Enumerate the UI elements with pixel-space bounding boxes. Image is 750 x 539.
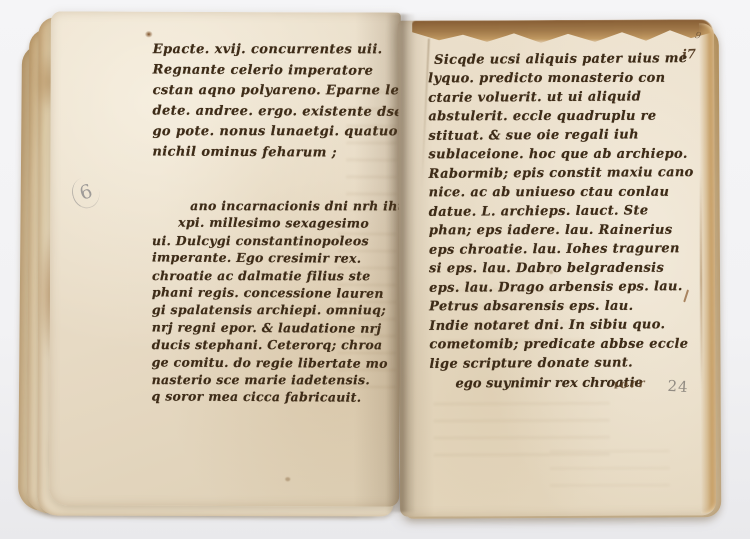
show-through-text	[434, 402, 610, 465]
text-line: lyquo. predicto monasterio con	[428, 69, 680, 89]
text-line: dete. andree. ergo. existente dse	[152, 101, 398, 123]
book-gutter	[386, 14, 416, 512]
text-line: cometomib; predicate abbse eccle	[429, 335, 681, 355]
text-line: nasterio sce marie iadetensis.	[152, 371, 402, 389]
text-line: xpi. millesimo sexagesimo	[178, 214, 402, 233]
left-page: 6 Epacte. xvij. concurrentes uii.Regnant…	[49, 11, 401, 506]
text-line: Petrus absarensis eps. lau.	[429, 297, 681, 317]
text-line: Indie notaret dni. In sibiu quo.	[429, 315, 681, 336]
text-line: nichil ominus feharum ;	[152, 142, 398, 164]
text-line: Rabormib; epis constit maxiu cano	[429, 163, 681, 184]
text-line: cstan aqno polyareno. Eparne le	[153, 81, 399, 102]
right-page: 9 i7 Sicqde ucsi aliquis pater uius mely…	[398, 19, 716, 516]
text-line: Sicqde ucsi aliquis pater uius me	[434, 49, 680, 70]
text-line: ui. Dulcygi constantinopoleos	[152, 232, 402, 250]
text-line: nrj regni epor. & laudatione nrj	[152, 318, 402, 337]
pencil-mark-number: 6	[77, 180, 95, 205]
left-page-paragraph-2: ano incarnacionis dni nrh ihuxpi. milles…	[151, 197, 402, 407]
stained-top-edge	[412, 19, 712, 44]
text-line: datue. L. archieps. lauct. Ste	[429, 201, 681, 222]
ink-scratch	[683, 289, 689, 302]
text-line: Epacte. xvij. concurrentes uii.	[153, 40, 399, 61]
text-line: ge comitu. do regie libertate mo	[152, 353, 402, 372]
right-page-paragraph: Sicqde ucsi aliquis pater uius melyquo. …	[428, 49, 681, 373]
ink-blot	[145, 31, 153, 38]
text-line: eps. lau. Drago arbensis eps. lau.	[429, 277, 681, 298]
text-line: nice. ac ab uniueso ctau conlau	[429, 183, 681, 203]
text-line: abstulerit. eccle quadruplu re	[428, 107, 680, 127]
text-line: eps chroatie. lau. Iohes traguren	[429, 239, 681, 260]
text-line: ctarie voluerit. ut ui aliquid	[428, 87, 680, 108]
left-page-paragraph-1: Epacte. xvij. concurrentes uii.Regnante …	[152, 40, 398, 164]
text-line: imperante. Ego cresimir rex.	[152, 249, 402, 268]
margin-pencil-mark: 6	[68, 174, 103, 212]
text-line: chroatie ac dalmatie filius ste	[152, 267, 402, 285]
text-line: ducis stephani. Ceterorq; chroa	[152, 336, 402, 354]
text-line: si eps. lau. Dabro belgradensis	[429, 259, 681, 279]
text-line: q soror mea cicca fabricauit.	[151, 388, 401, 407]
ink-year-mark: ıorr	[613, 376, 647, 392]
text-line: stituat. & sue oie regali iuh	[428, 125, 680, 146]
text-line: phan; eps iadere. lau. Rainerius	[429, 221, 681, 241]
text-line: sublaceione. hoc que ab archiepo.	[428, 145, 680, 165]
text-line: ano incarnacionis dni nrh ihu	[190, 197, 402, 215]
text-line: Regnante celerio imperatore	[153, 60, 399, 82]
show-through-text	[550, 450, 670, 491]
text-line: gi spalatensis archiepi. omniuq;	[152, 302, 402, 320]
photo-background: 6 Epacte. xvij. concurrentes uii.Regnant…	[0, 0, 750, 539]
text-line: go pote. nonus lunaetgi. quatuor r	[152, 122, 398, 143]
text-line: lige scripture donate sunt.	[429, 353, 681, 374]
text-line: phani regis. concessione lauren	[152, 284, 402, 303]
dirt-speck	[285, 477, 290, 481]
pencil-page-number: 24	[667, 377, 689, 396]
